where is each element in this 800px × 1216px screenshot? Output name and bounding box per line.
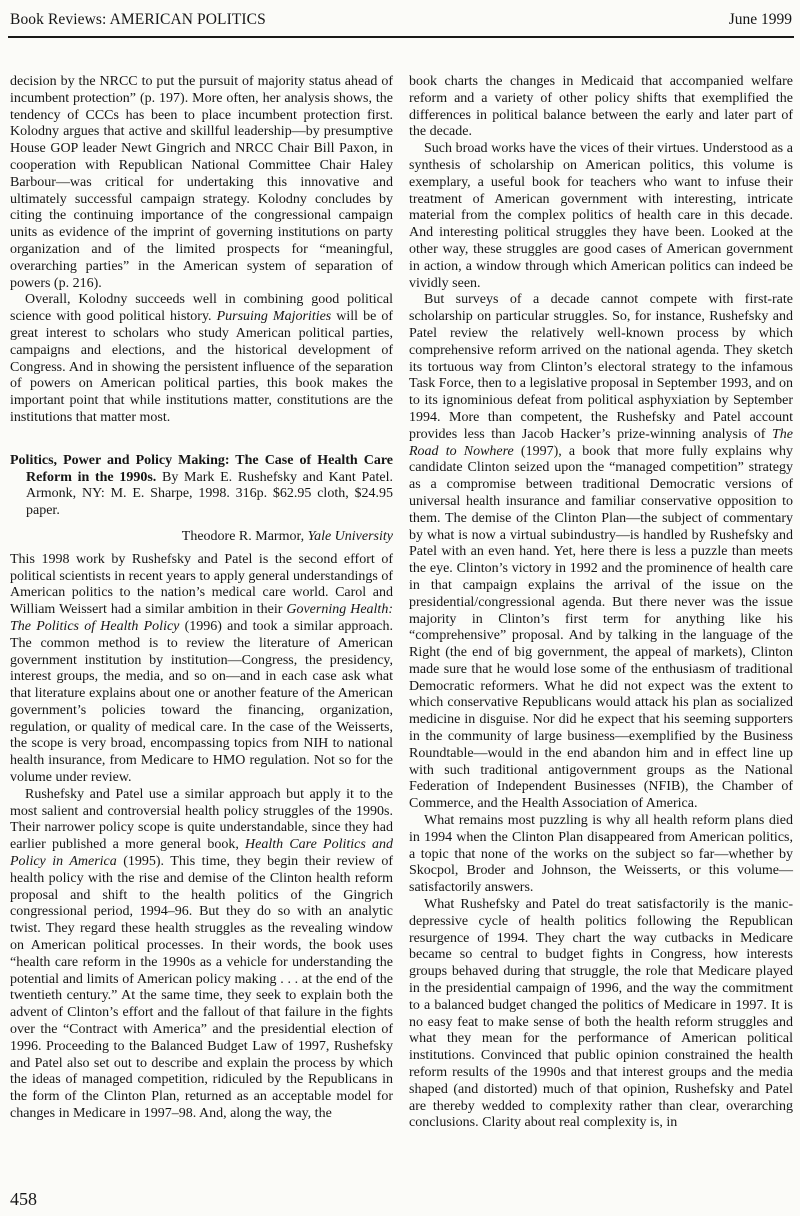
left-column: decision by the NRCC to put the pursuit … (10, 74, 393, 1123)
review-paragraph: Rushefsky and Patel use a similar approa… (10, 787, 393, 1123)
review-paragraph: Overall, Kolodny succeeds well in combin… (10, 292, 393, 426)
issue-date: June 1999 (729, 11, 792, 29)
header-rule (8, 36, 794, 38)
book-citation-heading: Politics, Power and Policy Making: The C… (10, 453, 393, 520)
right-column: book charts the changes in Medicaid that… (409, 74, 793, 1132)
running-head: Book Reviews: AMERICAN POLITICS (10, 11, 266, 29)
review-paragraph: What remains most puzzling is why all he… (409, 813, 793, 897)
review-opening-paragraph: This 1998 work by Rushefsky and Patel is… (10, 552, 393, 787)
page-number: 458 (10, 1189, 37, 1210)
page-header: Book Reviews: AMERICAN POLITICS June 199… (10, 11, 792, 29)
journal-page: Book Reviews: AMERICAN POLITICS June 199… (0, 0, 800, 1216)
review-continuation-paragraph: decision by the NRCC to put the pursuit … (10, 74, 393, 292)
review-continuation-paragraph: book charts the changes in Medicaid that… (409, 74, 793, 141)
review-paragraph: But surveys of a decade cannot compete w… (409, 292, 793, 813)
reviewer-attribution: Theodore R. Marmor, Yale University (10, 529, 393, 546)
review-paragraph: What Rushefsky and Patel do treat satisf… (409, 897, 793, 1132)
review-paragraph: Such broad works have the vices of their… (409, 141, 793, 292)
